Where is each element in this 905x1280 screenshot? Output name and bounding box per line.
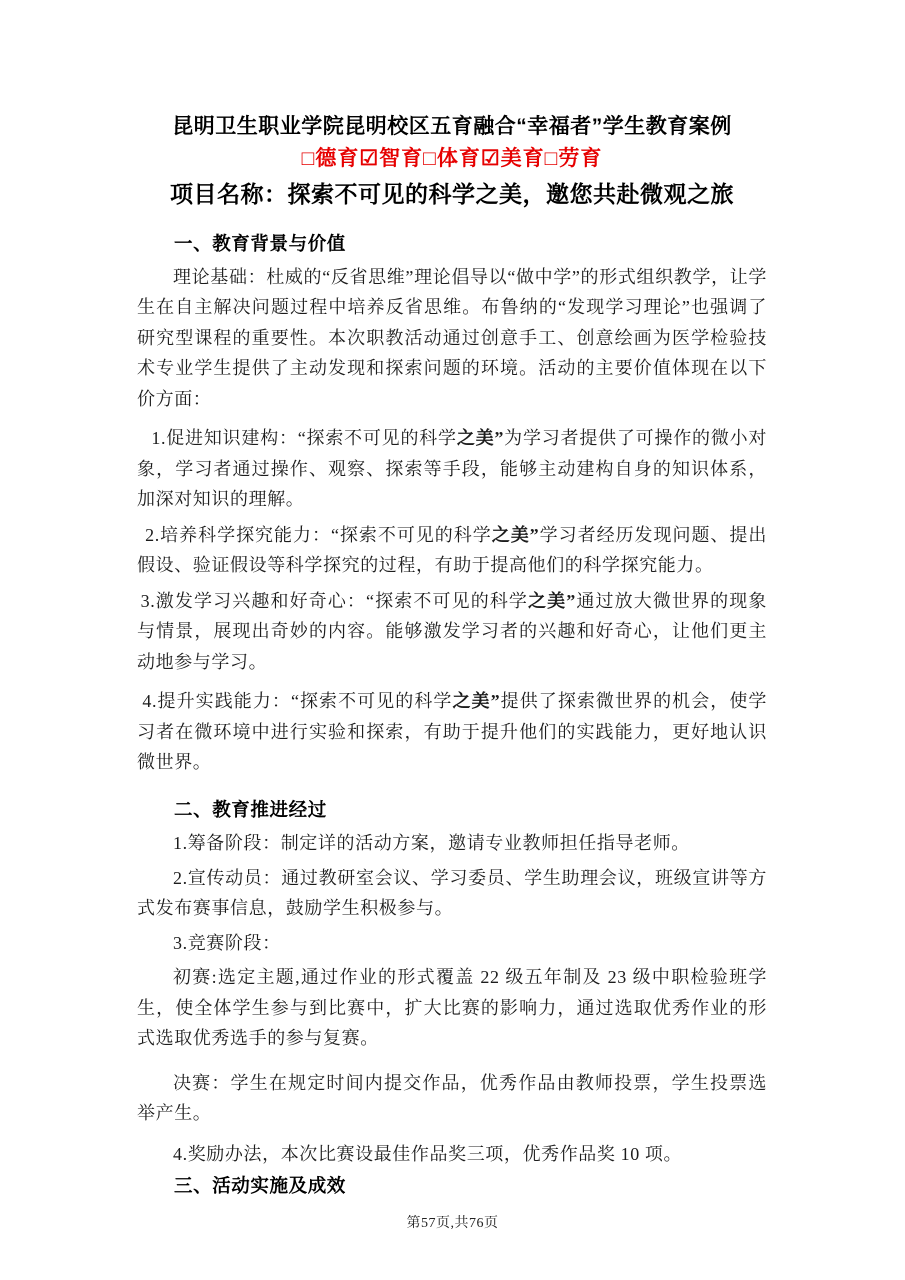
document-body: 一、教育背景与价值理论基础：杜威的“反省思维”理论倡导以“做中学”的形式组织教学… [137, 229, 767, 1202]
paragraph: 4.提升实践能力：“探索不可见的科学之美”提供了探索微世界的机会，使学习者在微环… [137, 686, 767, 778]
paragraph: 1.促进知识建构：“探索不可见的科学之美”为学习者提供了可操作的微小对象，学习者… [137, 423, 767, 515]
checkbox-item-4: ☑美育 [481, 147, 545, 170]
wuyu-checkbox-line: □德育☑智育□体育☑美育□劳育 [137, 144, 767, 174]
page-number-footer: 第57页,共76页 [0, 1212, 905, 1232]
text-run: 二、教育推进经过 [174, 799, 327, 820]
paragraph: 决赛：学生在规定时间内提交作品，优秀作品由教师投票，学生投票选举产生。 [137, 1068, 767, 1129]
text-run: 之美” [528, 591, 576, 611]
paragraph: 理论基础：杜威的“反省思维”理论倡导以“做中学”的形式组织教学，让学生在自主解决… [137, 262, 767, 415]
checkbox-item-3: □体育 [423, 147, 481, 170]
document-title: 昆明卫生职业学院昆明校区五育融合“幸福者”学生教育案例 [137, 112, 767, 142]
text-run: 3.竞赛阶段： [173, 933, 281, 953]
text-run: 1.促进知识建构：“探索不可见的科学 [151, 428, 456, 448]
text-run: 理论基础：杜威的“反省思维”理论倡导以“做中学”的形式组织教学，让学生在自主解决… [137, 267, 767, 409]
paragraph: 1.筹备阶段：制定详的活动方案，邀请专业教师担任指导老师。 [137, 828, 767, 859]
paragraph: 3.激发学习兴趣和好奇心：“探索不可见的科学之美”通过放大微世界的现象与情景，展… [137, 586, 767, 678]
paragraph: 4.奖励办法，本次比赛设最佳作品奖三项，优秀作品奖 10 项。 [137, 1139, 767, 1170]
section-heading: 一、教育背景与价值 [137, 229, 767, 260]
paragraph: 初赛:选定主题,通过作业的形式覆盖 22 级五年制及 23 级中职检验班学生，使… [137, 962, 767, 1054]
text-run: 之美” [452, 691, 500, 711]
text-run: 一、教育背景与价值 [174, 233, 346, 254]
text-run: 决赛：学生在规定时间内提交作品，优秀作品由教师投票，学生投票选举产生。 [137, 1073, 767, 1124]
document-content: 昆明卫生职业学院昆明校区五育融合“幸福者”学生教育案例 □德育☑智育□体育☑美育… [137, 112, 767, 1202]
section-heading: 二、教育推进经过 [137, 795, 767, 826]
checkbox-item-5: □劳育 [545, 147, 603, 170]
text-run: 3.激发学习兴趣和好奇心：“探索不可见的科学 [141, 591, 528, 611]
text-run: 初赛:选定主题,通过作业的形式覆盖 22 级五年制及 23 级中职检验班学生，使… [137, 967, 767, 1048]
checkbox-item-2: ☑智育 [359, 147, 423, 170]
text-run: 4.提升实践能力：“探索不可见的科学 [142, 691, 452, 711]
paragraph: 2.宣传动员：通过教研室会议、学习委员、学生助理会议，班级宣讲等方式发布赛事信息… [137, 863, 767, 924]
project-title: 项目名称：探索不可见的科学之美，邀您共赴微观之旅 [137, 178, 767, 210]
text-run: 1.筹备阶段：制定详的活动方案，邀请专业教师担任指导老师。 [173, 833, 690, 853]
text-run: 三、活动实施及成效 [174, 1175, 346, 1196]
text-run: 2.培养科学探究能力：“探索不可见的科学 [145, 525, 492, 545]
section-heading: 三、活动实施及成效 [137, 1171, 767, 1202]
text-run: 之美” [457, 428, 504, 448]
paragraph: 2.培养科学探究能力：“探索不可见的科学之美”学习者经历发现问题、提出假设、验证… [137, 520, 767, 581]
document-page: 昆明卫生职业学院昆明校区五育融合“幸福者”学生教育案例 □德育☑智育□体育☑美育… [0, 0, 905, 1280]
text-run: 2.宣传动员：通过教研室会议、学习委员、学生助理会议，班级宣讲等方式发布赛事信息… [137, 868, 767, 919]
checkbox-item-1: □德育 [302, 147, 360, 170]
text-run: 4.奖励办法，本次比赛设最佳作品奖三项，优秀作品奖 10 项。 [173, 1144, 682, 1164]
paragraph: 3.竞赛阶段： [137, 928, 767, 959]
text-run: 之美” [492, 525, 540, 545]
